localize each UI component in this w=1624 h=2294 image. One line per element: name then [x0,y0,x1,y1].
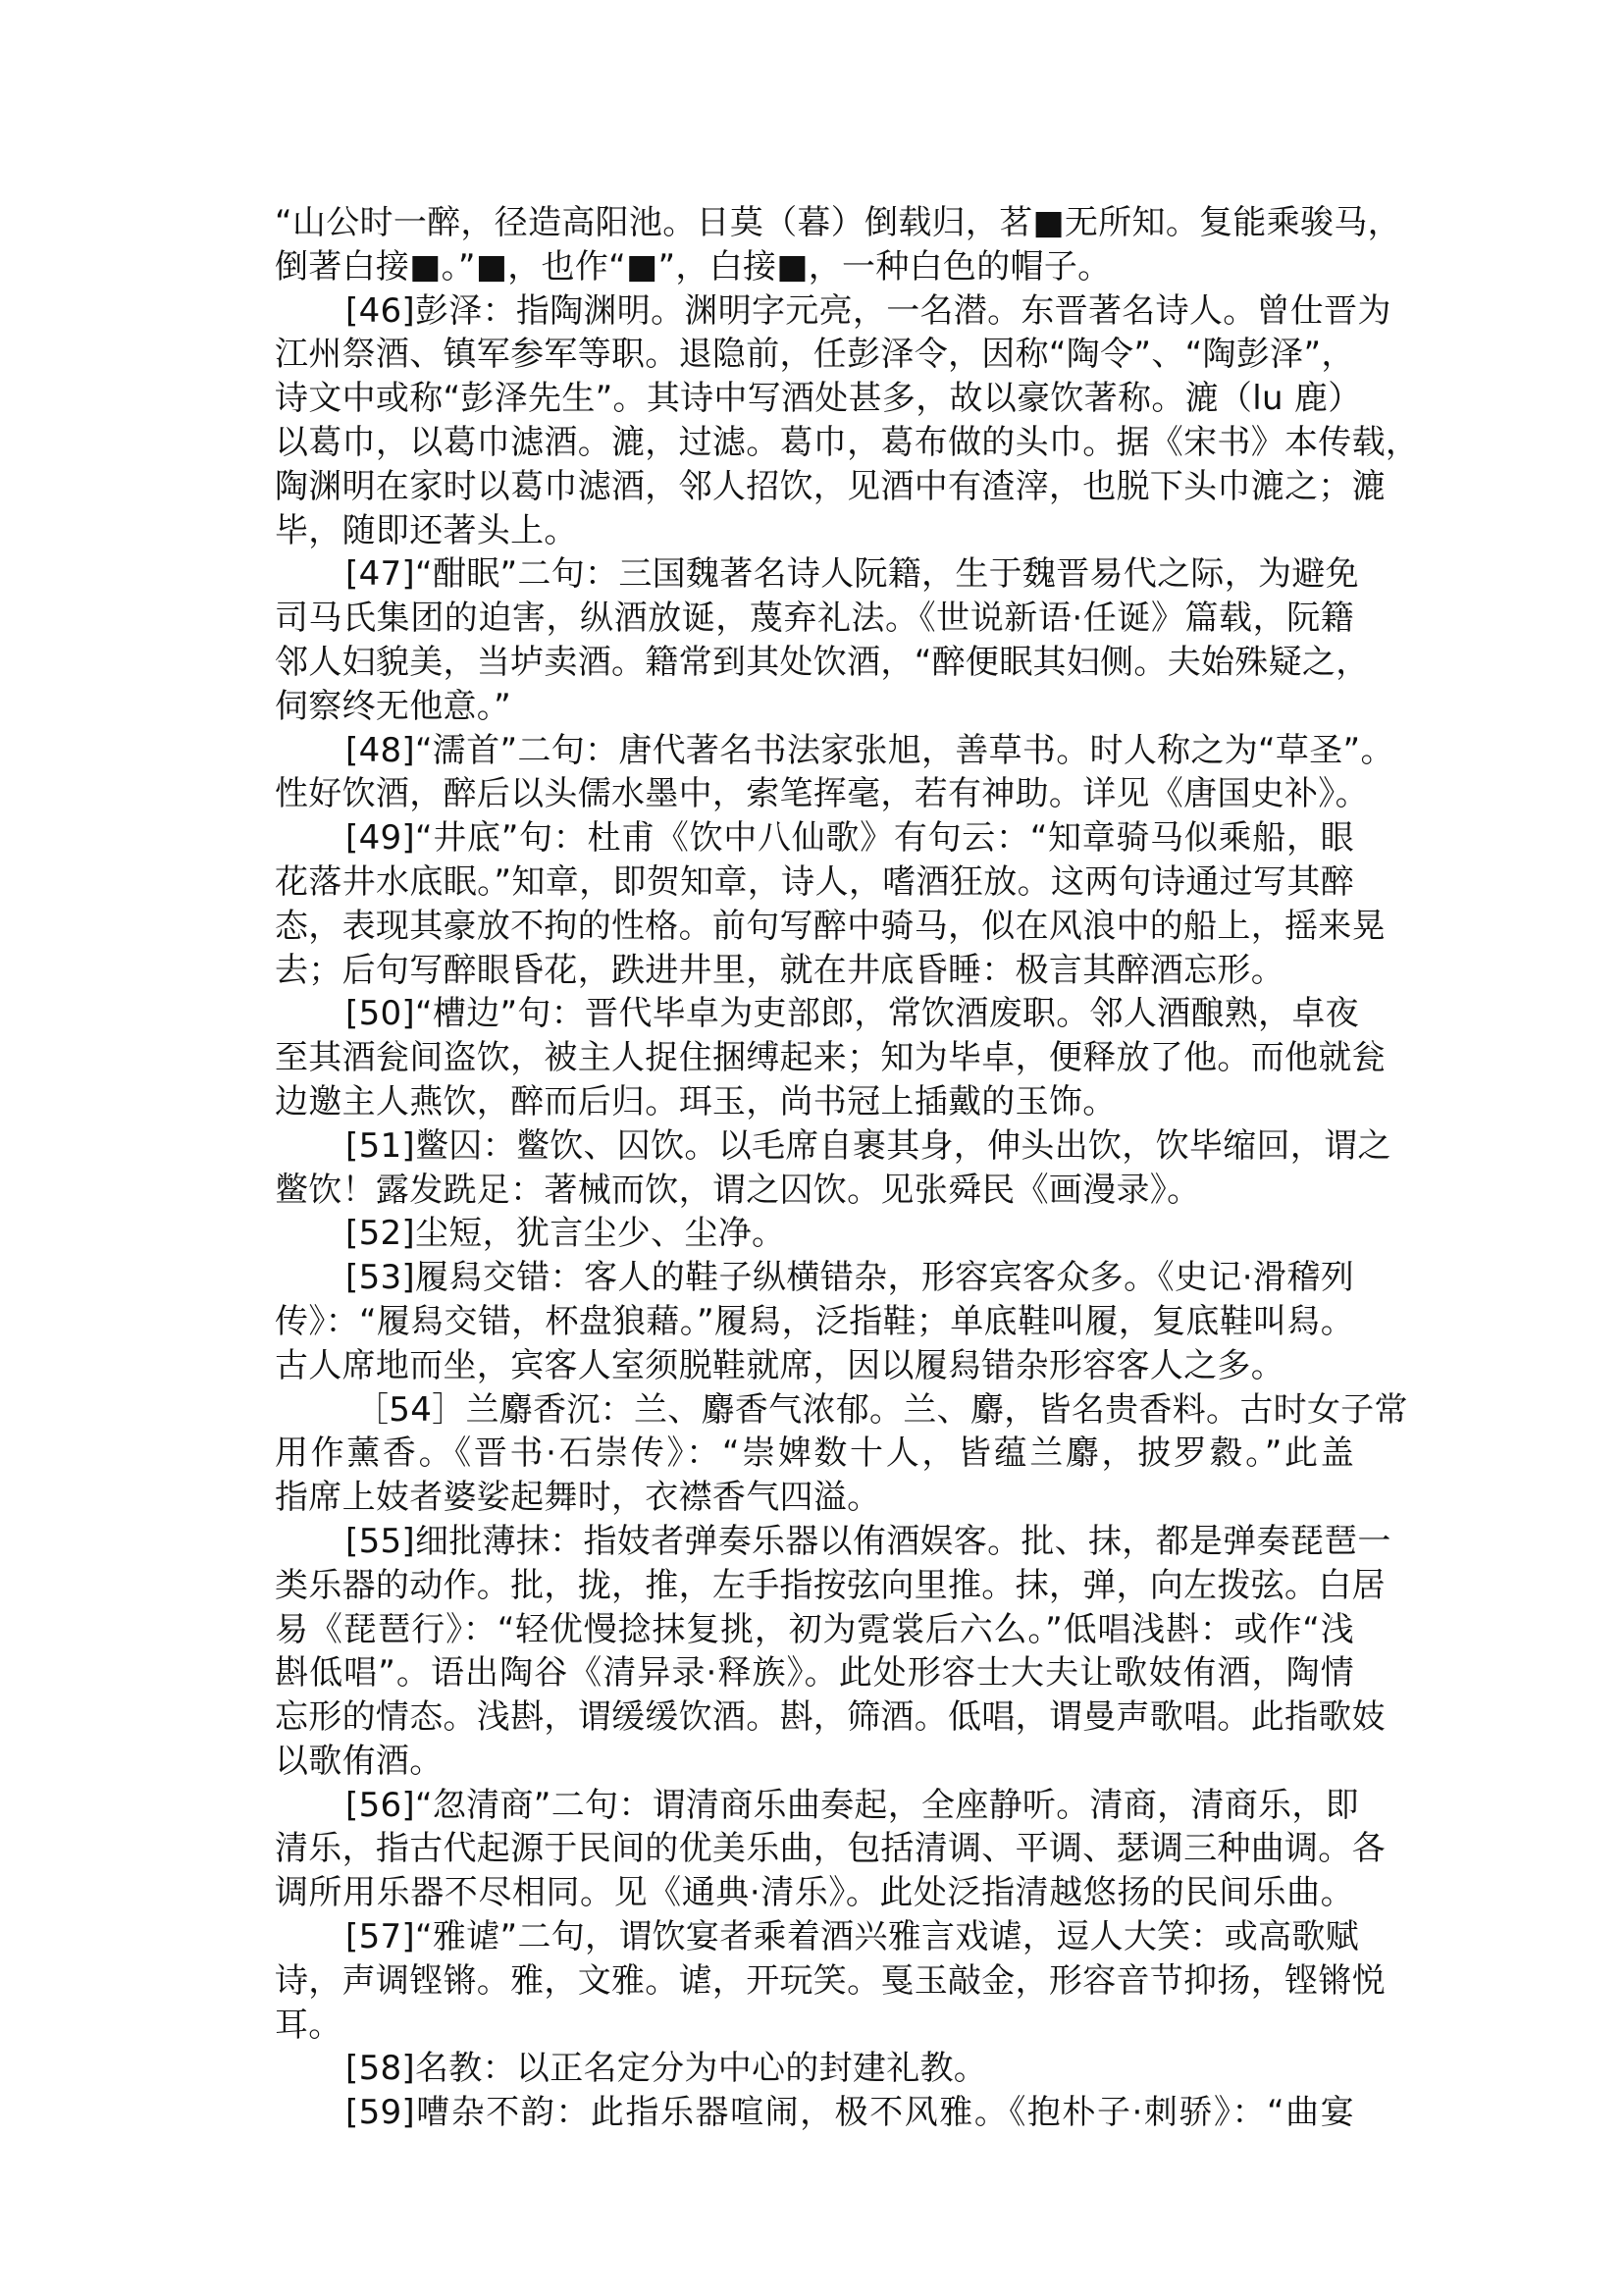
text-line: [53]履舄交错：客人的鞋子纵横错杂，形容宾客众多。《史记·滑稽列 [275,1256,1354,1300]
text-line: 古人席地而坐，宾客人室须脱鞋就席，因以履舄错杂形容客人之多。 [275,1344,1354,1388]
note-53: [53]履舄交错：客人的鞋子纵横错杂，形容宾客众多。《史记·滑稽列 传》：“履舄… [275,1256,1354,1387]
text-line: [59]嘈杂不韵：此指乐器喧闹，极不风雅。《抱朴子·刺骄》：“曲宴 [275,2091,1354,2135]
text-line: 诗文中或称“彭泽先生”。其诗中写酒处甚多，故以豪饮著称。漉（lu 鹿） [275,377,1354,421]
text-line: [47]“酣眠”二句：三国魏著名诗人阮籍，生于魏晋易代之际，为避免 [275,552,1354,597]
text-line: 边邀主人燕饮，醉而后归。珥玉，尚书冠上插戴的玉饰。 [275,1080,1354,1124]
text-line: 以葛巾，以葛巾滤酒。漉，过滤。葛巾，葛布做的头巾。据《宋书》本传载， [275,421,1354,465]
note-54: ［54］兰麝香沉：兰、麝香气浓郁。兰、麝，皆名贵香料。古时女子常 用作薰香。《晋… [275,1388,1354,1520]
note-56: [56]“忽清商”二句：谓清商乐曲奏起，全座静听。清商，清商乐，即 清乐，指古代… [275,1784,1354,1915]
text-line: 诗，声调铿锵。雅，文雅。谑，开玩笑。戛玉敲金，形容音节抑扬，铿锵悦 [275,1959,1354,2004]
text-line: 指席上妓者婆娑起舞时，衣襟香气四溢。 [275,1476,1354,1520]
text-line: 易《琵琶行》：“轻优慢捻抹复挑，初为霓裳后六么。”低唱浅斟：或作“浅 [275,1608,1354,1652]
note-57: [57]“雅谑”二句，谓饮宴者乘着酒兴雅言戏谑，逗人大笑：或高歌赋 诗，声调铿锵… [275,1915,1354,2047]
text-line: 邻人妇貌美，当垆卖酒。籍常到其处饮酒，“醉便眠其妇侧。夫始殊疑之， [275,641,1354,685]
note-48: [48]“濡首”二句：唐代著名书法家张旭，善草书。时人称之为“草圣”。 性好饮酒… [275,729,1354,817]
note-49: [49]“井底”句：杜甫《饮中八仙歌》有句云：“知章骑马似乘船，眼 花落井水底眠… [275,816,1354,992]
text-line: 性好饮酒，醉后以头儒水墨中，索笔挥毫，若有神助。详见《唐国史补》。 [275,772,1354,816]
text-line: [58]名教：以正名定分为中心的封建礼教。 [275,2047,1354,2091]
text-line: 江州祭酒、镇军参军等职。退隐前，任彭泽令，因称“陶令”、“陶彭泽”， [275,333,1354,377]
text-line: 鳖饮！露发跣足：著械而饮，谓之囚饮。见张舜民《画漫录》。 [275,1169,1354,1213]
document-page: “山公时一醉，径造高阳池。日莫（暮）倒载归，茗■无所知。复能乘骏马， 倒著白接■… [275,201,1354,2135]
text-line: 花落井水底眠。”知章，即贺知章，诗人，嗜酒狂放。这两句诗通过写其醉 [275,860,1354,905]
text-line: [46]彭泽：指陶渊明。渊明字元亮，一名潜。东晋著名诗人。曾仕晋为 [275,289,1354,334]
text-line: [50]“槽边”句：晋代毕卓为吏部郎，常饮酒废职。邻人酒酿熟，卓夜 [275,992,1354,1036]
note-52: [52]尘短，犹言尘少、尘净。 [275,1212,1354,1256]
text-line: 用作薰香。《晋书·石崇传》：“崇婢数十人，皆蕴兰麝，披罗縠。”此盖 [275,1432,1354,1476]
text-line: 调所用乐器不尽相同。见《通典·清乐》。此处泛指清越悠扬的民间乐曲。 [275,1871,1354,1915]
note-46: [46]彭泽：指陶渊明。渊明字元亮，一名潜。东晋著名诗人。曾仕晋为 江州祭酒、镇… [275,289,1354,553]
text-line: [51]鳖囚：鳖饮、囚饮。以毛席自裹其身，伸头出饮，饮毕缩回，谓之 [275,1124,1354,1169]
text-line: 陶渊明在家时以葛巾滤酒，邻人招饮，见酒中有渣滓，也脱下头巾漉之；漉 [275,465,1354,509]
text-line: [56]“忽清商”二句：谓清商乐曲奏起，全座静听。清商，清商乐，即 [275,1784,1354,1828]
note-59: [59]嘈杂不韵：此指乐器喧闹，极不风雅。《抱朴子·刺骄》：“曲宴 [275,2091,1354,2135]
text-line: 清乐，指古代起源于民间的优美乐曲，包括清调、平调、瑟调三种曲调。各 [275,1827,1354,1871]
note-58: [58]名教：以正名定分为中心的封建礼教。 [275,2047,1354,2091]
text-line: 态，表现其豪放不拘的性格。前句写醉中骑马，似在风浪中的船上，摇来晃 [275,905,1354,949]
text-line: 传》：“履舄交错，杯盘狼藉。”履舄，泛指鞋；单底鞋叫履，复底鞋叫舄。 [275,1300,1354,1344]
text-line: “山公时一醉，径造高阳池。日莫（暮）倒载归，茗■无所知。复能乘骏马， [275,201,1354,245]
text-line: [57]“雅谑”二句，谓饮宴者乘着酒兴雅言戏谑，逗人大笑：或高歌赋 [275,1915,1354,1959]
text-line: [52]尘短，犹言尘少、尘净。 [275,1212,1354,1256]
text-line: 毕，随即还著头上。 [275,509,1354,553]
text-line: [55]细批薄抹：指妓者弹奏乐器以侑酒娱客。批、抹，都是弹奏琵琶一 [275,1520,1354,1564]
text-line: [48]“濡首”二句：唐代著名书法家张旭，善草书。时人称之为“草圣”。 [275,729,1354,773]
text-line: 至其酒瓮间盗饮，被主人捉住捆缚起来；知为毕卓，便释放了他。而他就瓮 [275,1036,1354,1080]
note-51: [51]鳖囚：鳖饮、囚饮。以毛席自裹其身，伸头出饮，饮毕缩回，谓之 鳖饮！露发跣… [275,1124,1354,1213]
text-line: [49]“井底”句：杜甫《饮中八仙歌》有句云：“知章骑马似乘船，眼 [275,816,1354,860]
text-line: 耳。 [275,2004,1354,2048]
text-line: 倒著白接■。”■，也作“■”，白接■，一种白色的帽子。 [275,245,1354,289]
text-line: 去；后句写醉眼昏花，跌进井里，就在井底昏睡：极言其醉酒忘形。 [275,949,1354,993]
note-50: [50]“槽边”句：晋代毕卓为吏部郎，常饮酒废职。邻人酒酿熟，卓夜 至其酒瓮间盗… [275,992,1354,1123]
text-line: 忘形的情态。浅斟，谓缓缓饮酒。斟，筛酒。低唱，谓曼声歌唱。此指歌妓 [275,1695,1354,1740]
text-line: ［54］兰麝香沉：兰、麝香气浓郁。兰、麝，皆名贵香料。古时女子常 [275,1388,1354,1433]
text-line: 以歌侑酒。 [275,1740,1354,1784]
text-line: 类乐器的动作。批，拢，推，左手指按弦向里推。抹，弹，向左拨弦。白居 [275,1564,1354,1608]
text-line: 司马氏集团的迫害，纵酒放诞，蔑弃礼法。《世说新语·任诞》篇载，阮籍 [275,597,1354,641]
text-line: 伺察终无他意。” [275,685,1354,729]
text-line: 斟低唱”。语出陶谷《清异录·释族》。此处形容士大夫让歌妓侑酒，陶情 [275,1651,1354,1695]
note-45-continuation: “山公时一醉，径造高阳池。日莫（暮）倒载归，茗■无所知。复能乘骏马， 倒著白接■… [275,201,1354,289]
note-47: [47]“酣眠”二句：三国魏著名诗人阮籍，生于魏晋易代之际，为避免 司马氏集团的… [275,552,1354,728]
note-55: [55]细批薄抹：指妓者弹奏乐器以侑酒娱客。批、抹，都是弹奏琵琶一 类乐器的动作… [275,1520,1354,1784]
